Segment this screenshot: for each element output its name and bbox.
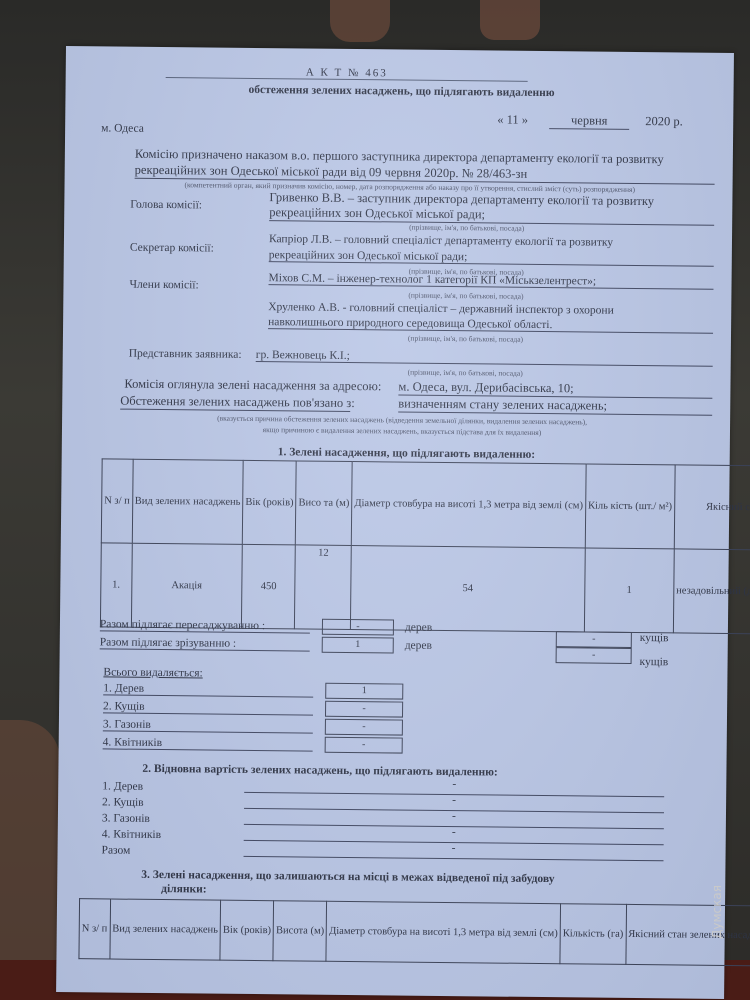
total-cut-label: Разом підлягає зрізуванню :	[100, 636, 310, 651]
cost-item-label: 4. Квітників	[102, 828, 161, 841]
bushes-unit: кущів	[640, 656, 669, 668]
removed-title: Всього видаляється:	[103, 666, 202, 679]
cell-n: 1.	[100, 543, 131, 627]
column-header: Кіль кість (шт./ м²)	[585, 464, 675, 549]
reason-label: Обстеження зелених насаджень пов'язано з…	[120, 394, 350, 412]
column-header: Якісний стан зелених насаджень, (хороший…	[626, 904, 750, 967]
total-cut-value: 1	[322, 637, 394, 654]
secretary-line2: рекреаційних зон Одеської міської ради;	[269, 249, 714, 267]
reason-value: визначенням стану зелених насаджень;	[398, 396, 712, 415]
bushes-cut-value: -	[556, 647, 632, 664]
total-transplant-value: -	[322, 619, 394, 636]
address-label: Комісія оглянула зелені насадження за ад…	[124, 377, 381, 395]
representative-value: гр. Вежновець К.І.;	[256, 349, 713, 367]
column-header: Вік (років)	[242, 460, 296, 545]
address-value: м. Одеса, вул. Дерибасівська, 10;	[398, 380, 712, 399]
watermark: Думская	[710, 885, 724, 939]
members-label: Члени комісії:	[129, 279, 198, 292]
column-header: Вік (років)	[220, 900, 274, 961]
removed-item-label: 4. Квітників	[103, 736, 313, 751]
member-1-hint: (прізвище, ім'я, по батькові, посада)	[408, 291, 523, 301]
removed-item-value: -	[325, 701, 403, 718]
cost-item-label: 3. Газонів	[102, 812, 150, 825]
member-2-line1: Хруленко А.В. - головний спеціаліст – де…	[268, 301, 614, 317]
cost-item-label: Разом	[102, 844, 131, 856]
cost-item-label: 1. Дерев	[102, 780, 143, 792]
column-header: N з/ п	[101, 459, 132, 543]
secretary-label: Секретар комісії:	[130, 242, 214, 255]
removal-table: N з/ пВид зелених насадженьВік (років)Ви…	[100, 458, 750, 640]
removed-item-value: -	[325, 719, 403, 736]
date-month: червня	[549, 113, 629, 130]
column-header: Висота (м)	[273, 901, 327, 962]
column-header: Вид зелених насаджень	[109, 899, 220, 960]
representative-label: Представник заявника:	[129, 348, 242, 361]
column-header: Вид зелених насаджень	[132, 459, 244, 544]
act-title: А К Т № 463	[166, 65, 528, 82]
bushes-unit: кущів	[640, 632, 669, 644]
document-page: А К Т № 463 обстеження зелених насаджень…	[56, 46, 734, 999]
cell-age: 450	[242, 544, 296, 629]
removed-item-label: 1. Дерев	[103, 682, 313, 697]
column-header: Діаметр стовбура на висоті 1,3 метра від…	[326, 901, 560, 963]
background-hand	[0, 720, 60, 1000]
cost-item-value: -	[244, 840, 664, 861]
trees-unit: дерев	[405, 640, 432, 652]
trees-unit: дерев	[405, 622, 432, 634]
total-transplant-label: Разом підлягає пересаджуванню :	[100, 618, 310, 633]
secretary-line1: Капріор Л.В. – головний спеціаліст депар…	[269, 233, 613, 249]
member-2-line2: навколишнього природного середовища Одес…	[268, 316, 713, 334]
column-header: N з/ п	[79, 899, 110, 959]
cell-count: 1	[584, 548, 674, 633]
section-3-title-line2: ділянки:	[161, 883, 207, 895]
date-year: 2020 р.	[645, 114, 683, 129]
cell-height: 12	[295, 545, 352, 630]
removed-item-label: 2. Кущів	[103, 700, 313, 715]
column-header: Діаметр стовбура на висоті 1,3 метра від…	[351, 462, 585, 548]
cost-item-label: 2. Кущів	[102, 796, 144, 808]
head-label: Голова комісії:	[130, 199, 202, 212]
member-2-hint: (прізвище, ім'я, по батькові, посада)	[408, 334, 523, 344]
column-header: Якісний стан зелених насаджень (хороший,…	[674, 465, 750, 553]
city: м. Одеса	[101, 122, 144, 134]
removed-item-label: 3. Газонів	[103, 718, 313, 733]
removed-item-value: 1	[325, 683, 403, 700]
column-header: Висо та (м)	[296, 461, 353, 546]
background-foot	[480, 0, 540, 40]
background-foot	[330, 0, 390, 42]
removed-item-value: -	[325, 737, 403, 754]
remaining-table: N з/ пВид зелених насадженьВік (років)Ви…	[78, 898, 750, 967]
date-day: « 11 »	[497, 113, 528, 128]
bushes-transplant-value: -	[556, 631, 632, 648]
representative-hint: (прізвище, ім'я, по батькові, посада)	[408, 368, 523, 378]
column-header: Кількість (га)	[560, 904, 626, 965]
member-1: Міхов С.М. – інженер-технолог 1 категорі…	[269, 272, 714, 290]
head-hint: (прізвище, ім'я, по батькові, посада)	[409, 223, 524, 233]
cell-condition: незадовільний (дерево має нахил 45 °, пі…	[673, 549, 750, 637]
section-1-title: 1. Зелені насадження, що підлягають вида…	[278, 446, 536, 461]
act-subtitle: обстеження зелених насаджень, що підляга…	[248, 84, 554, 99]
cell-species: Акація	[131, 543, 243, 628]
